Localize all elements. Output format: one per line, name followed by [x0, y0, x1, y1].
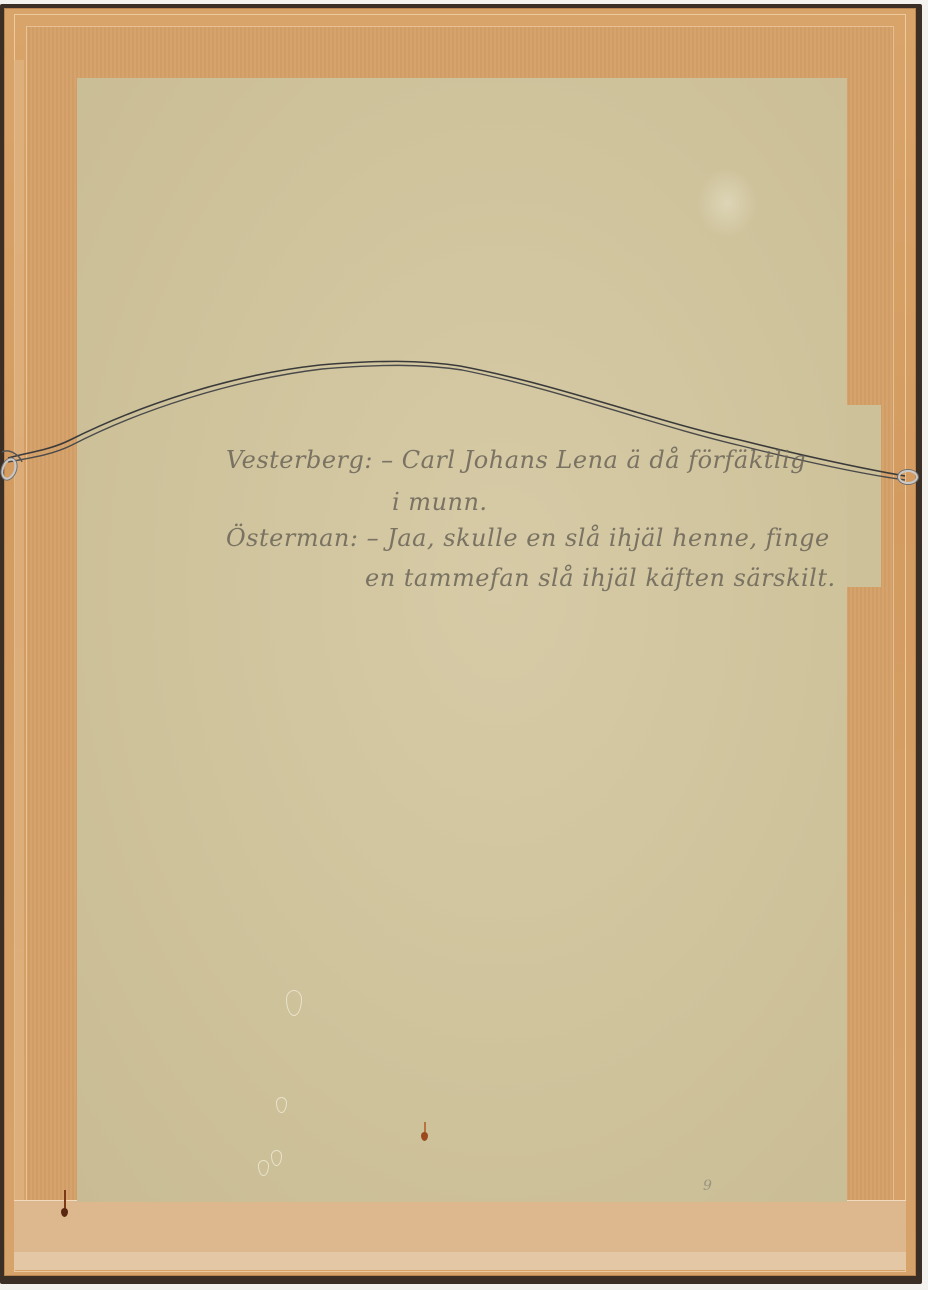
right-hanging-ring	[898, 470, 918, 484]
hanging-wire	[0, 0, 928, 1290]
pencil-number-mark: 9	[703, 1178, 712, 1194]
